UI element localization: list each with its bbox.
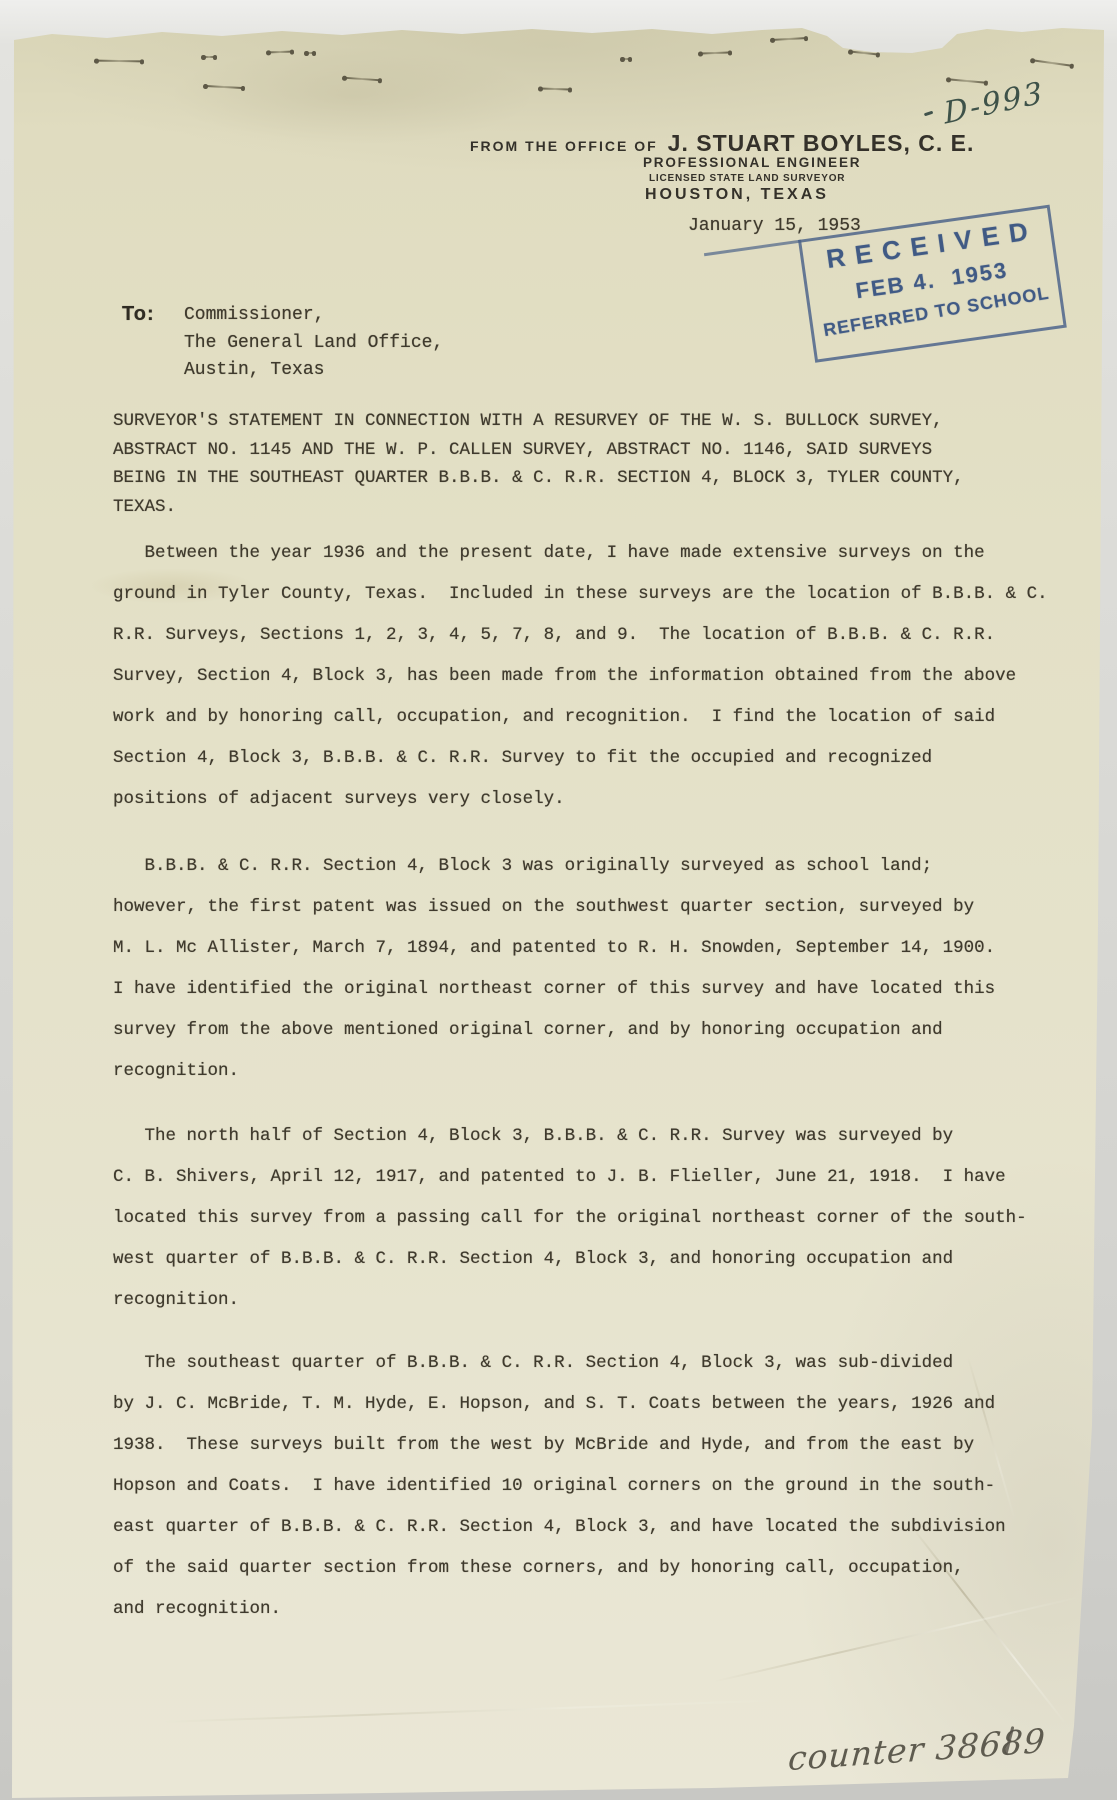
body-paragraph-1: Between the year 1936 and the present da… — [113, 533, 1048, 820]
subject-heading: SURVEYOR'S STATEMENT IN CONNECTION WITH … — [113, 407, 964, 521]
letterhead-name: J. STUART BOYLES, C. E. — [668, 130, 975, 157]
letterhead-office-prefix: FROM THE OFFICE OF — [470, 138, 658, 154]
staple-mark — [850, 51, 878, 56]
body-paragraph-4: The southeast quarter of B.B.B. & C. R.R… — [113, 1343, 1006, 1630]
body-paragraph-3: The north half of Section 4, Block 3, B.… — [113, 1116, 1027, 1321]
letterhead-license: LICENSED STATE LAND SURVEYOR — [649, 173, 845, 184]
body-paragraph-2: B.B.B. & C. R.R. Section 4, Block 3 was … — [113, 846, 995, 1092]
recipient-label: To: — [122, 303, 155, 326]
staple-mark — [948, 78, 986, 84]
staple-mark — [96, 60, 142, 63]
recipient-address: Commissioner, The General Land Office, A… — [184, 302, 443, 385]
staple-mark — [540, 87, 570, 90]
letterhead-profession: PROFESSIONAL ENGINEER — [643, 155, 861, 170]
staple-mark — [268, 51, 292, 54]
staple-mark — [772, 37, 806, 41]
staple-mark — [700, 51, 730, 54]
staple-mark — [203, 56, 215, 58]
letterhead: FROM THE OFFICE OF J. STUART BOYLES, C. … — [470, 130, 974, 157]
letter-date: January 15, 1953 — [688, 216, 861, 236]
paper-crease — [162, 1699, 782, 1723]
pen-mark — [924, 111, 933, 116]
document-page: D-993 FROM THE OFFICE OF J. STUART BOYLE… — [12, 26, 1104, 1798]
letterhead-city: HOUSTON, TEXAS — [645, 186, 829, 204]
staple-mark — [344, 77, 380, 82]
staple-mark — [306, 52, 314, 54]
staple-mark — [1032, 59, 1072, 67]
staple-mark — [622, 58, 630, 60]
handwritten-file-number: D-993 — [942, 75, 1045, 131]
scanner-background: D-993 FROM THE OFFICE OF J. STUART BOYLE… — [0, 0, 1117, 1800]
staple-mark — [205, 85, 243, 89]
